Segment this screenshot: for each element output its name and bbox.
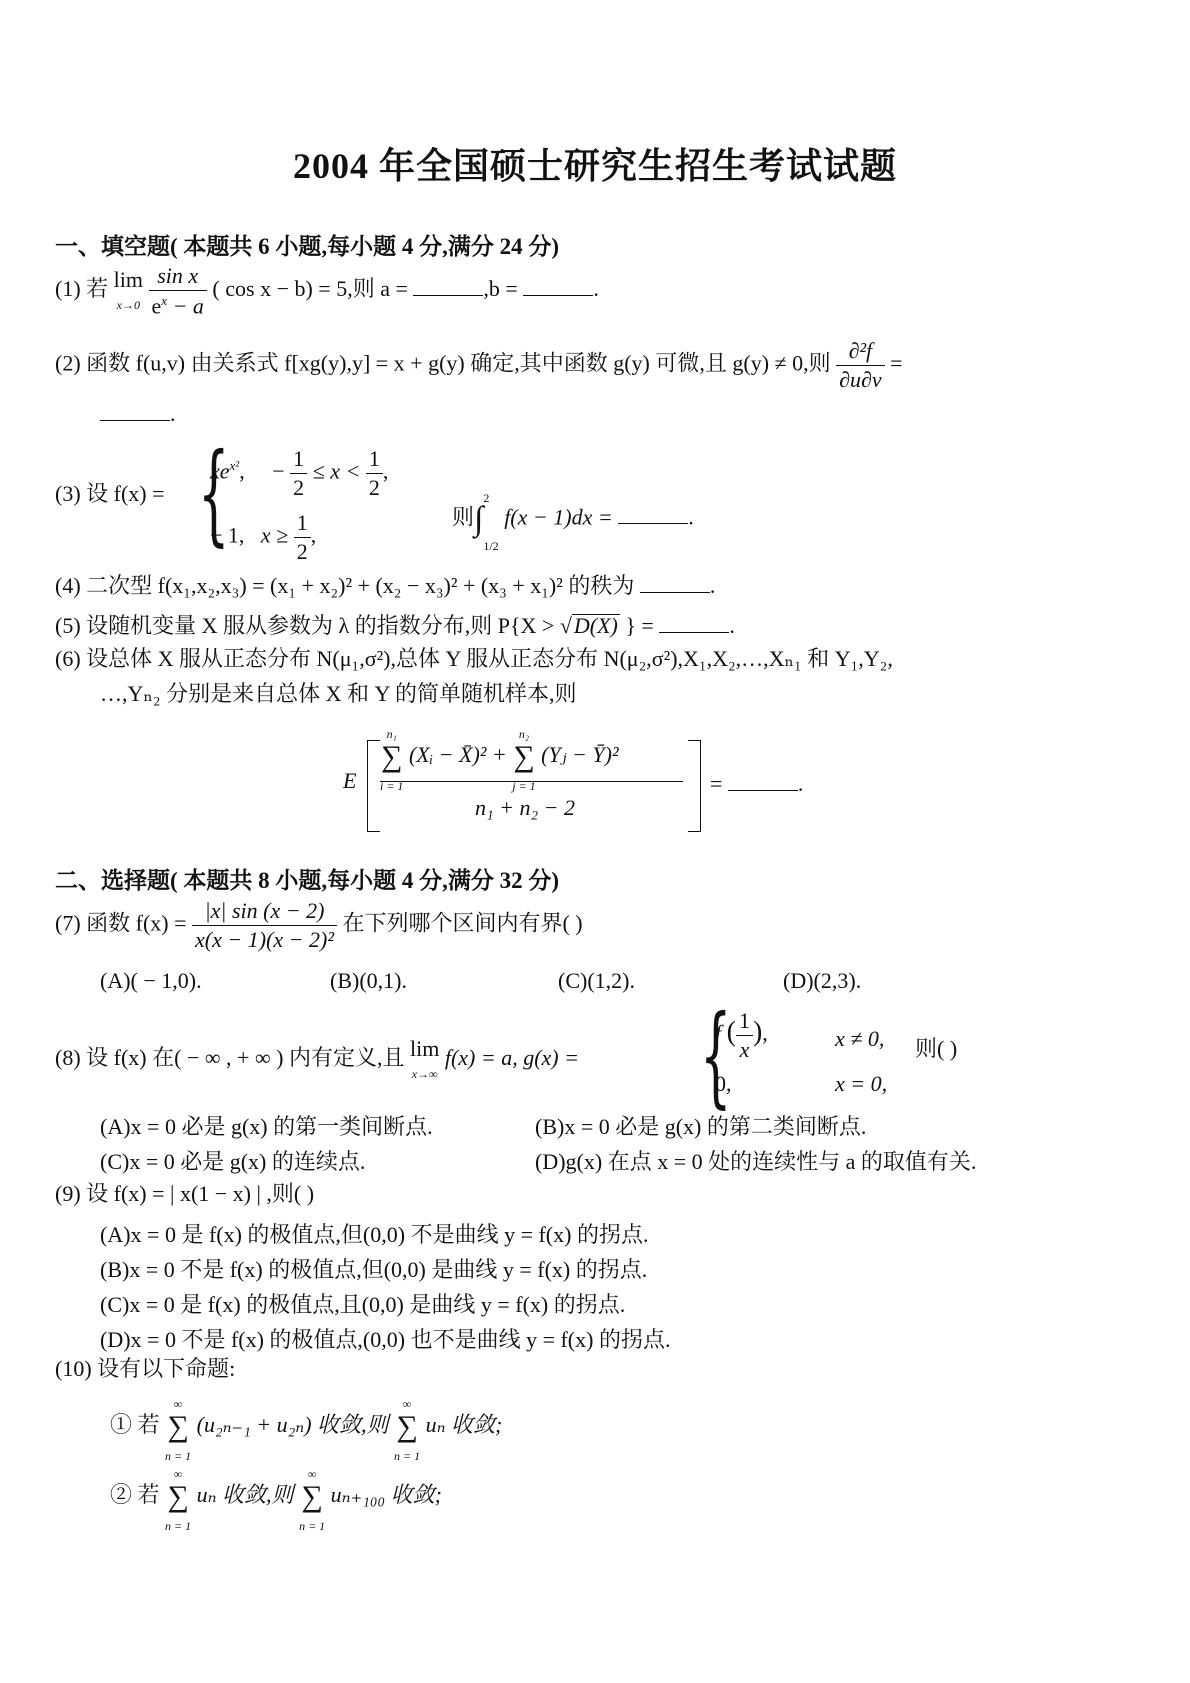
question-number: (1) [55,276,81,301]
denominator: x(x − 1)(x − 2)² [192,925,337,951]
q9-option-c[interactable]: (C)x = 0 是 f(x) 的极值点,且(0,0) 是曲线 y = f(x)… [100,1288,625,1319]
answer-blank[interactable] [640,572,710,593]
question-number: (4) [55,573,81,598]
text: x ≥ [261,523,288,548]
section-2-header: 二、选择题( 本题共 8 小题,每小题 4 分,满分 32 分) [55,862,559,895]
q7-option-b[interactable]: (B)(0,1). [330,968,407,994]
sum-upper: ∞ [174,1397,183,1411]
text: 二次型 f(x₁,x₂,x₃) = (x₁ + x₂)² + (x₂ − x₃)… [86,573,634,598]
text: = [710,771,728,796]
g-case-2-cond: x = 0, [835,1073,887,1095]
question-3: (3) 设 f(x) = [55,483,165,505]
denominator: 2 [366,473,383,499]
question-6-answer: = . [710,770,803,795]
q9-option-b[interactable]: (B)x = 0 不是 f(x) 的极值点,但(0,0) 是曲线 y = f(x… [100,1253,647,1284]
question-8: (8) 设 f(x) 在( − ∞ , + ∞ ) 内有定义,且 limx→∞ … [55,1038,579,1082]
question-number: (7) [55,911,81,936]
text: − [272,459,284,484]
q8-answer-paren: 则( ) [915,1038,957,1060]
denominator: 2 [290,473,307,499]
answer-blank[interactable] [100,400,170,421]
sqrt-content: D(X) [572,614,620,637]
numerator: |x| sin (x − 2) [192,900,337,925]
q7-option-d[interactable]: (D)(2,3). [783,968,861,994]
text: ( cos x − b) = 5,则 a = [212,276,413,301]
page-title: 2004 年全国硕士研究生招生考试试题 [0,138,1190,189]
right-bracket [688,740,701,832]
g-case-1-cond: x ≠ 0, [835,1028,884,1050]
integrand: f(x − 1)dx = [504,504,618,529]
lim-subscript: x→0 [117,298,140,312]
expectation-symbol: E [343,770,356,792]
answer-blank[interactable] [618,503,688,524]
text: . [729,613,735,638]
expression: f [715,1021,721,1046]
sum-upper: ∞ [308,1467,317,1481]
sum-lower: n = 1 [299,1519,325,1533]
lim-operator: lim [114,267,143,292]
text: ≤ x < [313,459,361,484]
answer-blank[interactable] [728,770,798,791]
proposition-1: ① 若 ∞∑n = 1 (u₂ₙ₋₁ + u₂ₙ) 收敛,则 ∞∑n = 1 u… [110,1390,502,1464]
upper-limit: 2 [483,491,489,505]
text: f(x) = a, g(x) = [445,1045,579,1070]
term: (Yⱼ − Ȳ)² [541,742,618,767]
question-number: (9) [55,1181,81,1206]
fraction-bar [380,781,683,782]
term: (u₂ₙ₋₁ + u₂ₙ) 收敛,则 [197,1412,389,1437]
text: 设 f(x) = [86,481,164,506]
question-number: (2) [55,351,81,376]
expectation-numerator: n₁∑i = 1 (Xᵢ − X̄)² + n₂∑j = 1 (Yⱼ − Ȳ)² [380,720,619,794]
fraction: sin x ex − a [149,265,207,317]
term: uₙ 收敛,则 [197,1482,294,1507]
text: 设 f(x) = | x(1 − x) | ,则( ) [86,1181,314,1206]
q7-option-a[interactable]: (A)( − 1,0). [100,968,202,994]
circled-number: ② [110,1482,132,1507]
text: . [688,504,694,529]
q8-option-b[interactable]: (B)x = 0 必是 g(x) 的第二类间断点. [535,1110,866,1141]
sum-upper: ∞ [403,1397,412,1411]
section-1-header: 一、填空题( 本题共 6 小题,每小题 4 分,满分 24 分) [55,228,559,261]
question-4: (4) 二次型 f(x₁,x₂,x₃) = (x₁ + x₂)² + (x₂ −… [55,572,715,597]
question-7: (7) 函数 f(x) = |x| sin (x − 2) x(x − 1)(x… [55,900,583,951]
question-3-integral: 则∫21/2 f(x − 1)dx = . [452,483,694,556]
q9-option-d[interactable]: (D)x = 0 不是 f(x) 的极值点,(0,0) 也不是曲线 y = f(… [100,1323,670,1354]
text: 函数 f(u,v) 由关系式 f[xg(y),y] = x + g(y) 确定,… [86,351,830,376]
question-number: (10) [55,1356,92,1381]
integral-sign: ∫ [474,500,483,537]
numerator: sin x [149,265,207,290]
text: 设有以下命题: [97,1356,235,1381]
answer-blank[interactable] [659,612,729,633]
answer-blank-b[interactable] [523,275,593,296]
question-9: (9) 设 f(x) = | x(1 − x) | ,则( ) [55,1183,314,1205]
text: . [710,573,716,598]
text: = [890,351,902,376]
text: 则 [452,504,474,529]
denominator: 2 [294,537,311,563]
text: E [343,768,356,793]
proposition-2: ② 若 ∞∑n = 1 uₙ 收敛,则 ∞∑n = 1 uₙ₊₁₀₀ 收敛; [110,1460,442,1534]
sum-lower: n = 1 [165,1519,191,1533]
numerator: 1 [736,1010,753,1035]
text: . [593,276,599,301]
sum-upper: ∞ [174,1467,183,1481]
sum-upper: n₂ [519,727,529,741]
text: 设随机变量 X 服从参数为 λ 的指数分布,则 P{X > [86,613,554,638]
question-1: (1) 若 lim x→0 sin x ex − a ( cos x − b) … [55,265,599,317]
exponent: x² [230,458,240,473]
numerator: 1 [290,448,307,473]
text: ,b = [483,276,523,301]
text: 在下列哪个区间内有界( ) [342,911,582,936]
g-case-2: 0, [715,1073,732,1095]
term: (Xᵢ − X̄)² + [409,742,507,767]
text: 若 [138,1482,160,1507]
question-number: (5) [55,613,81,638]
circled-number: ① [110,1412,132,1437]
text: . [798,771,804,796]
term: uₙ₊₁₀₀ 收敛; [331,1482,442,1507]
question-2-blank-line: . [100,400,176,425]
expression: xe [210,459,230,484]
question-number: (6) [55,646,81,671]
question-number: (3) [55,481,81,506]
q8-option-d[interactable]: (D)g(x) 在点 x = 0 处的连续性与 a 的取值有关. [535,1145,976,1176]
lim-subscript: x→∞ [412,1067,438,1081]
text: 设 f(x) 在( − ∞ , + ∞ ) 内有定义,且 [86,1045,404,1070]
case-1: xex², − 12 ≤ x < 12, [210,448,388,499]
g-case-1: f (1x), [715,1010,768,1061]
case-2: − 1, x ≥ 12, [210,512,316,563]
lim-operator: lim [410,1036,439,1061]
term: uₙ 收敛; [426,1412,503,1437]
expression: − 1, [210,523,244,548]
text: 若 [86,276,108,301]
question-6: (6) 设总体 X 服从正态分布 N(μ₁,σ²),总体 Y 服从正态分布 N(… [55,648,893,670]
question-2: (2) 函数 f(u,v) 由关系式 f[xg(y),y] = x + g(y)… [55,340,903,391]
text: 若 [138,1412,160,1437]
denominator-rest: − a [167,293,204,318]
denominator: e [152,293,162,318]
q7-option-c[interactable]: (C)(1,2). [558,968,635,994]
q8-option-c[interactable]: (C)x = 0 必是 g(x) 的连续点. [100,1145,365,1176]
numerator: 1 [294,512,311,537]
denominator: x [736,1035,753,1061]
question-5: (5) 设随机变量 X 服从参数为 λ 的指数分布,则 P{X > √D(X) … [55,612,735,637]
q9-option-a[interactable]: (A)x = 0 是 f(x) 的极值点,但(0,0) 不是曲线 y = f(x… [100,1218,648,1249]
fraction: |x| sin (x − 2) x(x − 1)(x − 2)² [192,900,337,951]
question-number: (8) [55,1045,81,1070]
text: 设总体 X 服从正态分布 N(μ₁,σ²),总体 Y 服从正态分布 N(μ₂,σ… [86,646,893,671]
question-10: (10) 设有以下命题: [55,1358,235,1380]
answer-blank-a[interactable] [413,275,483,296]
text: } = [625,613,659,638]
text: 函数 f(x) = [86,911,186,936]
question-6-line2: …,Yₙ₂ 分别是来自总体 X 和 Y 的简单随机样本,则 [100,683,577,705]
q8-option-a[interactable]: (A)x = 0 必是 g(x) 的第一类间断点. [100,1110,433,1141]
expectation-denominator: n₁ + n₂ − 2 [475,797,575,819]
numerator: 1 [366,448,383,473]
text: . [170,401,176,426]
lower-limit: 1/2 [483,539,498,553]
denominator: ∂u∂v [836,365,885,391]
left-bracket [367,740,380,832]
fraction: ∂²f ∂u∂v [836,340,885,391]
numerator: ∂²f [836,340,885,365]
sum-upper: n₁ [387,727,397,741]
